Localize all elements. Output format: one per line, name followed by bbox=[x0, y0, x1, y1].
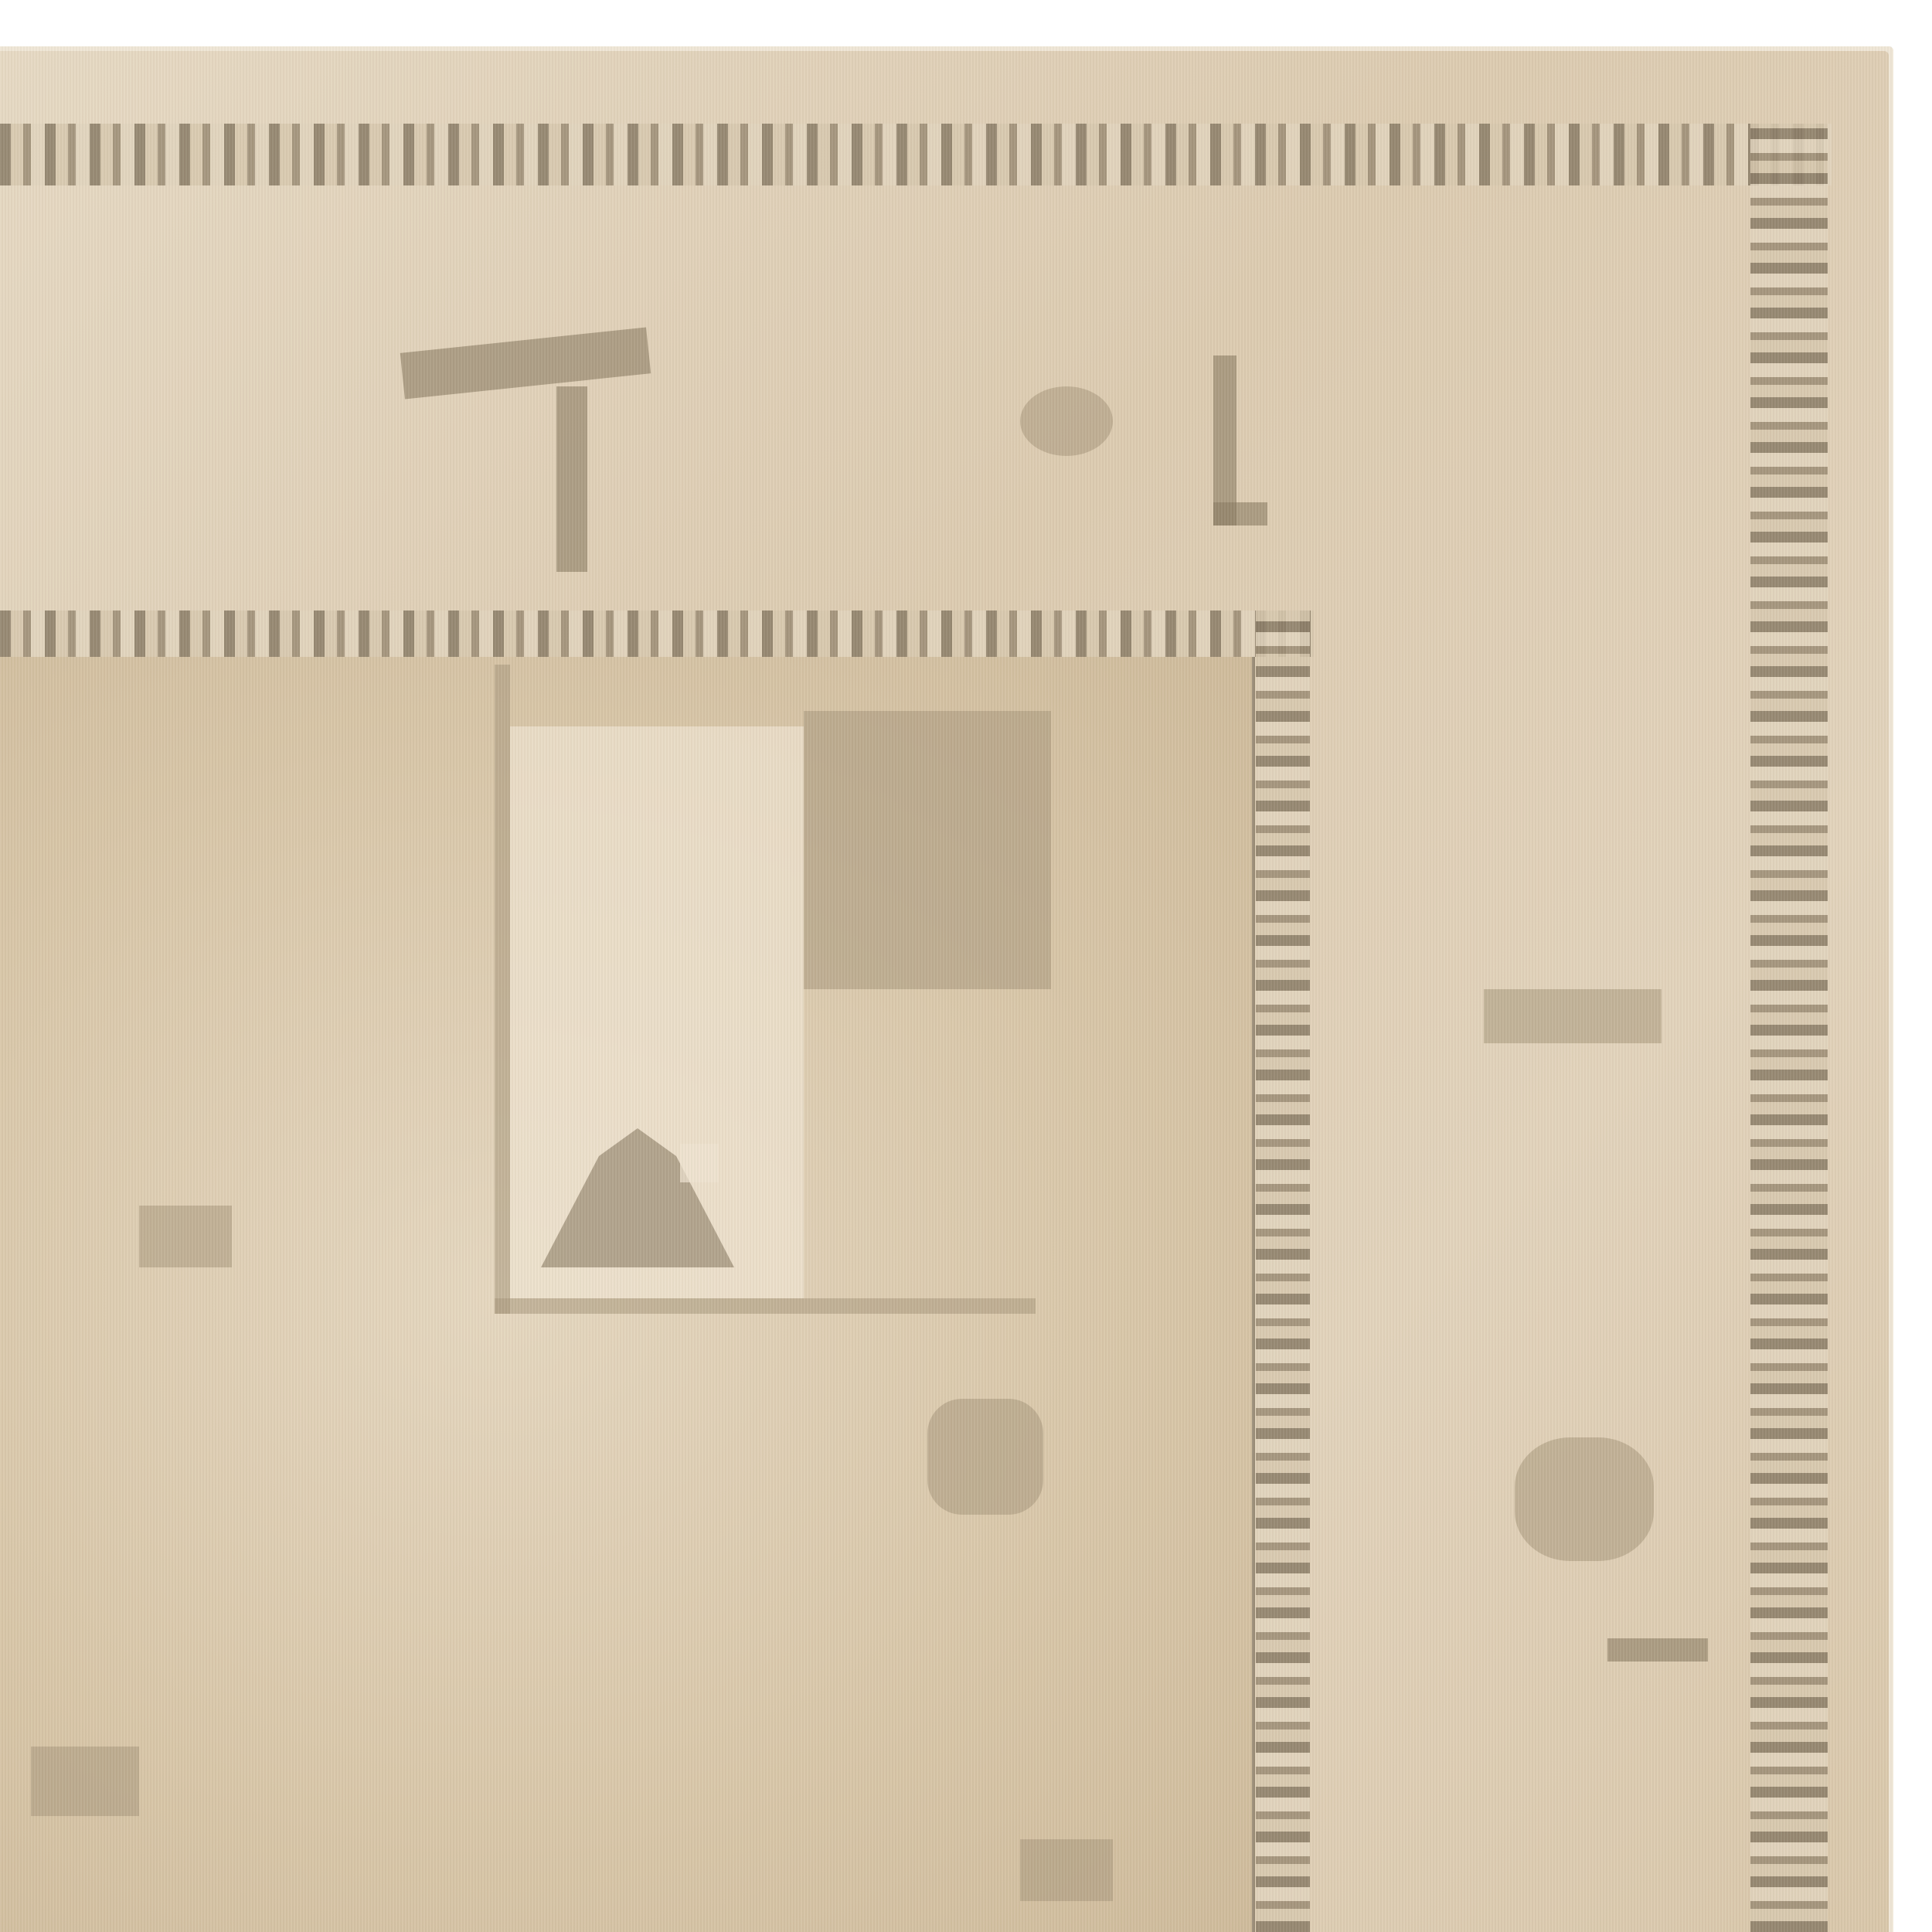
border-vine-motif bbox=[556, 386, 587, 572]
tree-motif bbox=[541, 1128, 734, 1267]
medallion-panel bbox=[510, 726, 804, 1298]
border-medallion-motif bbox=[1515, 1437, 1654, 1561]
inner-guard-stripe-right bbox=[1256, 611, 1310, 1932]
outer-guard-stripe-right bbox=[1750, 124, 1828, 1932]
rug-field bbox=[0, 657, 1252, 1932]
field-small-motif bbox=[1020, 1839, 1113, 1901]
border-vine-motif bbox=[400, 327, 651, 399]
field-edge-line bbox=[1252, 657, 1255, 1932]
medallion-frame bbox=[495, 1298, 1036, 1314]
medallion-block bbox=[804, 711, 1051, 989]
medallion-frame bbox=[495, 665, 510, 1314]
border-flower-motif bbox=[1484, 989, 1662, 1043]
field-small-motif bbox=[139, 1206, 232, 1267]
border-hook-motif bbox=[1213, 355, 1236, 526]
field-small-motif bbox=[927, 1399, 1043, 1515]
border-hook-motif bbox=[1607, 1638, 1708, 1662]
rug bbox=[0, 46, 1893, 1932]
border-hook-motif bbox=[1213, 502, 1267, 526]
inner-guard-stripe-top bbox=[0, 611, 1314, 657]
field-small-motif bbox=[31, 1747, 139, 1816]
outer-guard-stripe-top bbox=[0, 124, 1832, 185]
border-flower-motif bbox=[1020, 386, 1113, 456]
medallion-square bbox=[680, 1144, 719, 1182]
photo-scene bbox=[0, 0, 1932, 1932]
